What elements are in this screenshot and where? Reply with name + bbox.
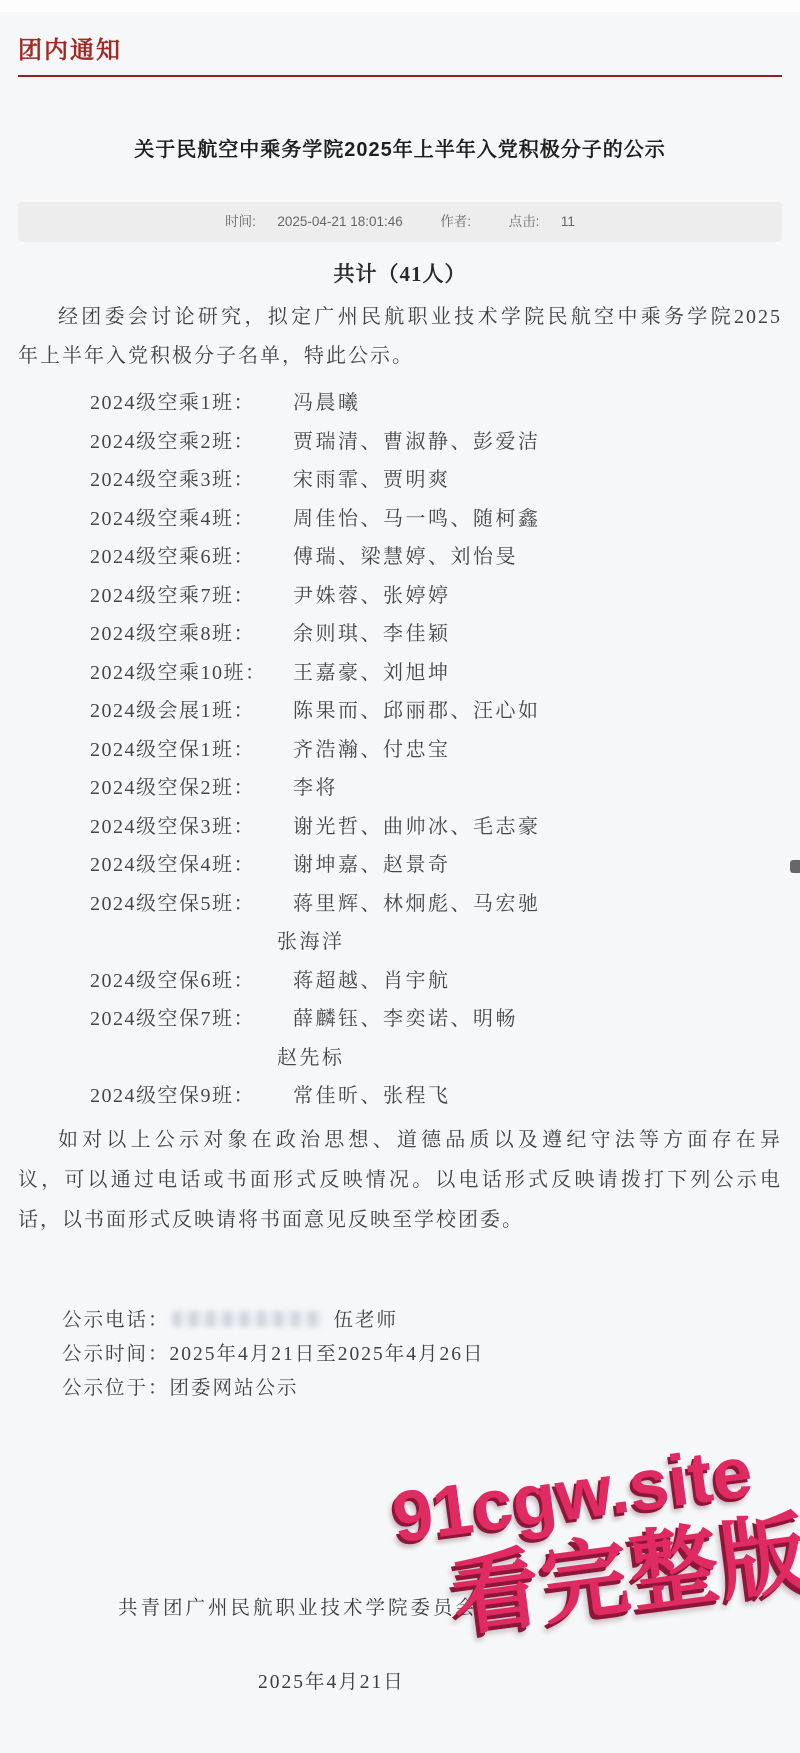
meta-hits-value: 11 (561, 214, 575, 229)
class-label: 2024级空乘6班： (90, 538, 293, 577)
class-label: 2024级空保7班： (90, 1000, 293, 1039)
issue-date: 2025年4月21日 (0, 1666, 800, 1694)
roster-row: 2024级空乘6班： 傅瑞、梁慧婷、刘怡旻 (0, 538, 800, 577)
class-label: 2024级空乘2班： (90, 423, 293, 462)
contact-block: 公示电话：伍老师 公示时间：2025年4月21日至2025年4月26日 公示位于… (0, 1304, 800, 1406)
phone-contact-name: 伍老师 (334, 1310, 399, 1331)
names-text: 周佳怡、马一鸣、随柯鑫 (293, 500, 541, 539)
names-text: 蒋超越、肖宇航 (293, 962, 451, 1001)
total-count-heading: 共计（41人） (0, 258, 800, 288)
roster-row: 2024级空乘1班： 冯晨曦 (0, 384, 800, 423)
closing-line: 如对以上公示对象在政治思想、道德品质以及遵纪守法等方面存在异 (18, 1120, 782, 1160)
top-margin-strip (0, 0, 800, 12)
class-label: 2024级空保4班： (90, 846, 293, 885)
class-label: 2024级空保2班： (90, 769, 293, 808)
roster-row: 2024级会展1班： 陈果而、邱丽郡、汪心如 (0, 692, 800, 731)
roster-row: 2024级空乘8班： 余则琪、李佳颖 (0, 615, 800, 654)
names-text: 谢光哲、曲帅冰、毛志豪 (293, 808, 541, 847)
class-label: 2024级空乘3班： (90, 461, 293, 500)
roster-row: 2024级空保6班： 蒋超越、肖宇航 (0, 962, 800, 1001)
roster-list: 2024级空乘1班： 冯晨曦 2024级空乘2班： 贾瑞清、曹淑静、彭爱洁 20… (0, 384, 800, 1116)
class-label: 2024级空乘10班： (90, 654, 293, 693)
section-divider (18, 75, 782, 77)
location-value: 团委网站公示 (170, 1378, 299, 1399)
roster-row: 2024级空保2班： 李将 (0, 769, 800, 808)
roster-row: 2024级空保7班： 薛麟钰、李奕诺、明畅 (0, 1000, 800, 1039)
meta-time-label: 时间: (225, 214, 256, 229)
roster-row: 2024级空乘7班： 尹姝蓉、张婷婷 (0, 577, 800, 616)
class-label: 2024级空保6班： (90, 962, 293, 1001)
roster-continuation: 赵先标 (0, 1039, 800, 1078)
names-text: 冯晨曦 (293, 384, 361, 423)
issuer-signature: 共青团广州民航职业技术学院委员会 (0, 1592, 800, 1620)
class-label: 2024级会展1班： (90, 692, 293, 731)
period-value: 2025年4月21日至2025年4月26日 (170, 1344, 485, 1365)
period-label: 公示时间： (62, 1344, 170, 1365)
right-edge-mark (790, 860, 800, 873)
roster-row: 2024级空乘3班： 宋雨霏、贾明爽 (0, 461, 800, 500)
meta-time-value: 2025-04-21 18:01:46 (277, 214, 402, 229)
names-text: 王嘉豪、刘旭坤 (293, 654, 451, 693)
names-text: 余则琪、李佳颖 (293, 615, 451, 654)
closing-line: 话，以书面形式反映请将书面意见反映至学校团委。 (18, 1200, 782, 1240)
roster-row: 2024级空乘2班： 贾瑞清、曹淑静、彭爱洁 (0, 423, 800, 462)
closing-line: 议，可以通过电话或书面形式反映情况。以电话形式反映请拨打下列公示电 (18, 1160, 782, 1200)
intro-paragraph: 经团委会讨论研究，拟定广州民航职业技术学院民航空中乘务学院2025 年上半年入党… (18, 298, 782, 376)
location-label: 公示位于： (62, 1378, 170, 1399)
names-text: 李将 (293, 769, 338, 808)
names-text: 尹姝蓉、张婷婷 (293, 577, 451, 616)
class-label: 2024级空保5班： (90, 885, 293, 924)
names-text: 谢坤嘉、赵景奇 (293, 846, 451, 885)
contact-phone-line: 公示电话：伍老师 (62, 1304, 800, 1338)
contact-location-line: 公示位于：团委网站公示 (62, 1372, 800, 1406)
roster-continuation: 张海洋 (0, 923, 800, 962)
names-text: 常佳昕、张程飞 (293, 1077, 451, 1116)
watermark-url-text: 91cgw.site (388, 1397, 800, 1559)
names-text: 贾瑞清、曹淑静、彭爱洁 (293, 423, 541, 462)
roster-row: 2024级空保3班： 谢光哲、曲帅冰、毛志豪 (0, 808, 800, 847)
roster-row: 2024级空乘4班： 周佳怡、马一鸣、随柯鑫 (0, 500, 800, 539)
class-label: 2024级空保1班： (90, 731, 293, 770)
meta-author-label: 作者: (440, 214, 471, 229)
redacted-phone-number (172, 1311, 324, 1327)
section-title: 团内通知 (18, 30, 782, 65)
roster-row: 2024级空乘10班： 王嘉豪、刘旭坤 (0, 654, 800, 693)
roster-row: 2024级空保1班： 齐浩瀚、付忠宝 (0, 731, 800, 770)
closing-paragraph: 如对以上公示对象在政治思想、道德品质以及遵纪守法等方面存在异 议，可以通过电话或… (0, 1120, 800, 1240)
phone-label: 公示电话： (62, 1310, 170, 1331)
names-text: 宋雨霏、贾明爽 (293, 461, 451, 500)
class-label: 2024级空乘1班： (90, 384, 293, 423)
names-text: 蒋里辉、林炯彪、马宏驰 (293, 885, 541, 924)
names-text: 陈果而、邱丽郡、汪心如 (293, 692, 541, 731)
class-label: 2024级空保3班： (90, 808, 293, 847)
article-meta-bar: 时间: 2025-04-21 18:01:46 作者: 点击: 11 (18, 202, 782, 242)
meta-hits-label: 点击: (509, 214, 540, 229)
contact-period-line: 公示时间：2025年4月21日至2025年4月26日 (62, 1338, 800, 1372)
roster-row: 2024级空保5班： 蒋里辉、林炯彪、马宏驰 (0, 885, 800, 924)
names-text: 薛麟钰、李奕诺、明畅 (293, 1000, 518, 1039)
names-text: 齐浩瀚、付忠宝 (293, 731, 451, 770)
names-text: 傅瑞、梁慧婷、刘怡旻 (293, 538, 518, 577)
article-title: 关于民航空中乘务学院2025年上半年入党积极分子的公示 (18, 133, 782, 162)
intro-line: 年上半年入党积极分子名单，特此公示。 (18, 337, 782, 376)
roster-row: 2024级空保9班： 常佳昕、张程飞 (0, 1077, 800, 1116)
class-label: 2024级空保9班： (90, 1077, 293, 1116)
roster-row: 2024级空保4班： 谢坤嘉、赵景奇 (0, 846, 800, 885)
intro-line: 经团委会讨论研究，拟定广州民航职业技术学院民航空中乘务学院2025 (18, 298, 782, 337)
watermark-cta-text: 看完整版 (446, 1478, 800, 1644)
class-label: 2024级空乘8班： (90, 615, 293, 654)
class-label: 2024级空乘4班： (90, 500, 293, 539)
class-label: 2024级空乘7班： (90, 577, 293, 616)
